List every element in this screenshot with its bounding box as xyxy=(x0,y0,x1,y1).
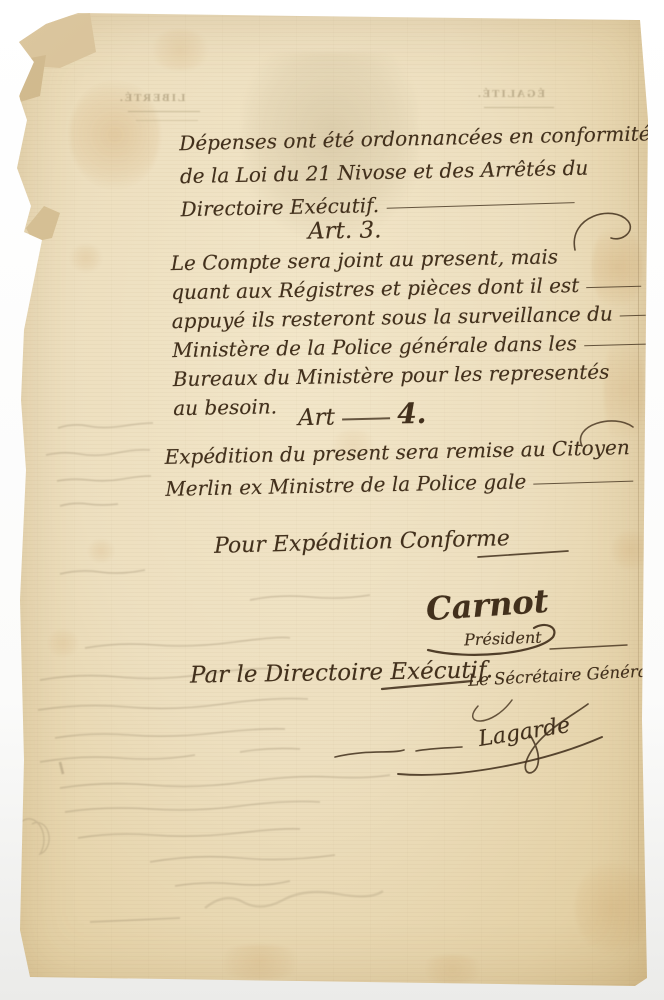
carnot-underline-flourish xyxy=(428,625,554,655)
citoyen-curl-flourish xyxy=(580,421,633,446)
lagarde-underline-flourish xyxy=(398,737,602,775)
lagarde-paraph-loop xyxy=(525,704,588,773)
manuscript-page: LIBERTÉ. ÉGALITÉ. xyxy=(0,0,664,1000)
scan-background: LIBERTÉ. ÉGALITÉ. xyxy=(0,0,664,1000)
signature-flourishes xyxy=(0,0,664,1000)
line-filler-rule xyxy=(658,133,664,137)
lagarde-leading-dash xyxy=(335,747,462,757)
executif-strike-stroke xyxy=(382,681,472,689)
certification-trail-stroke xyxy=(478,551,568,557)
general-loop-flourish xyxy=(473,700,512,721)
president-trail-stroke xyxy=(550,645,627,649)
mais-curl-flourish xyxy=(574,213,630,250)
